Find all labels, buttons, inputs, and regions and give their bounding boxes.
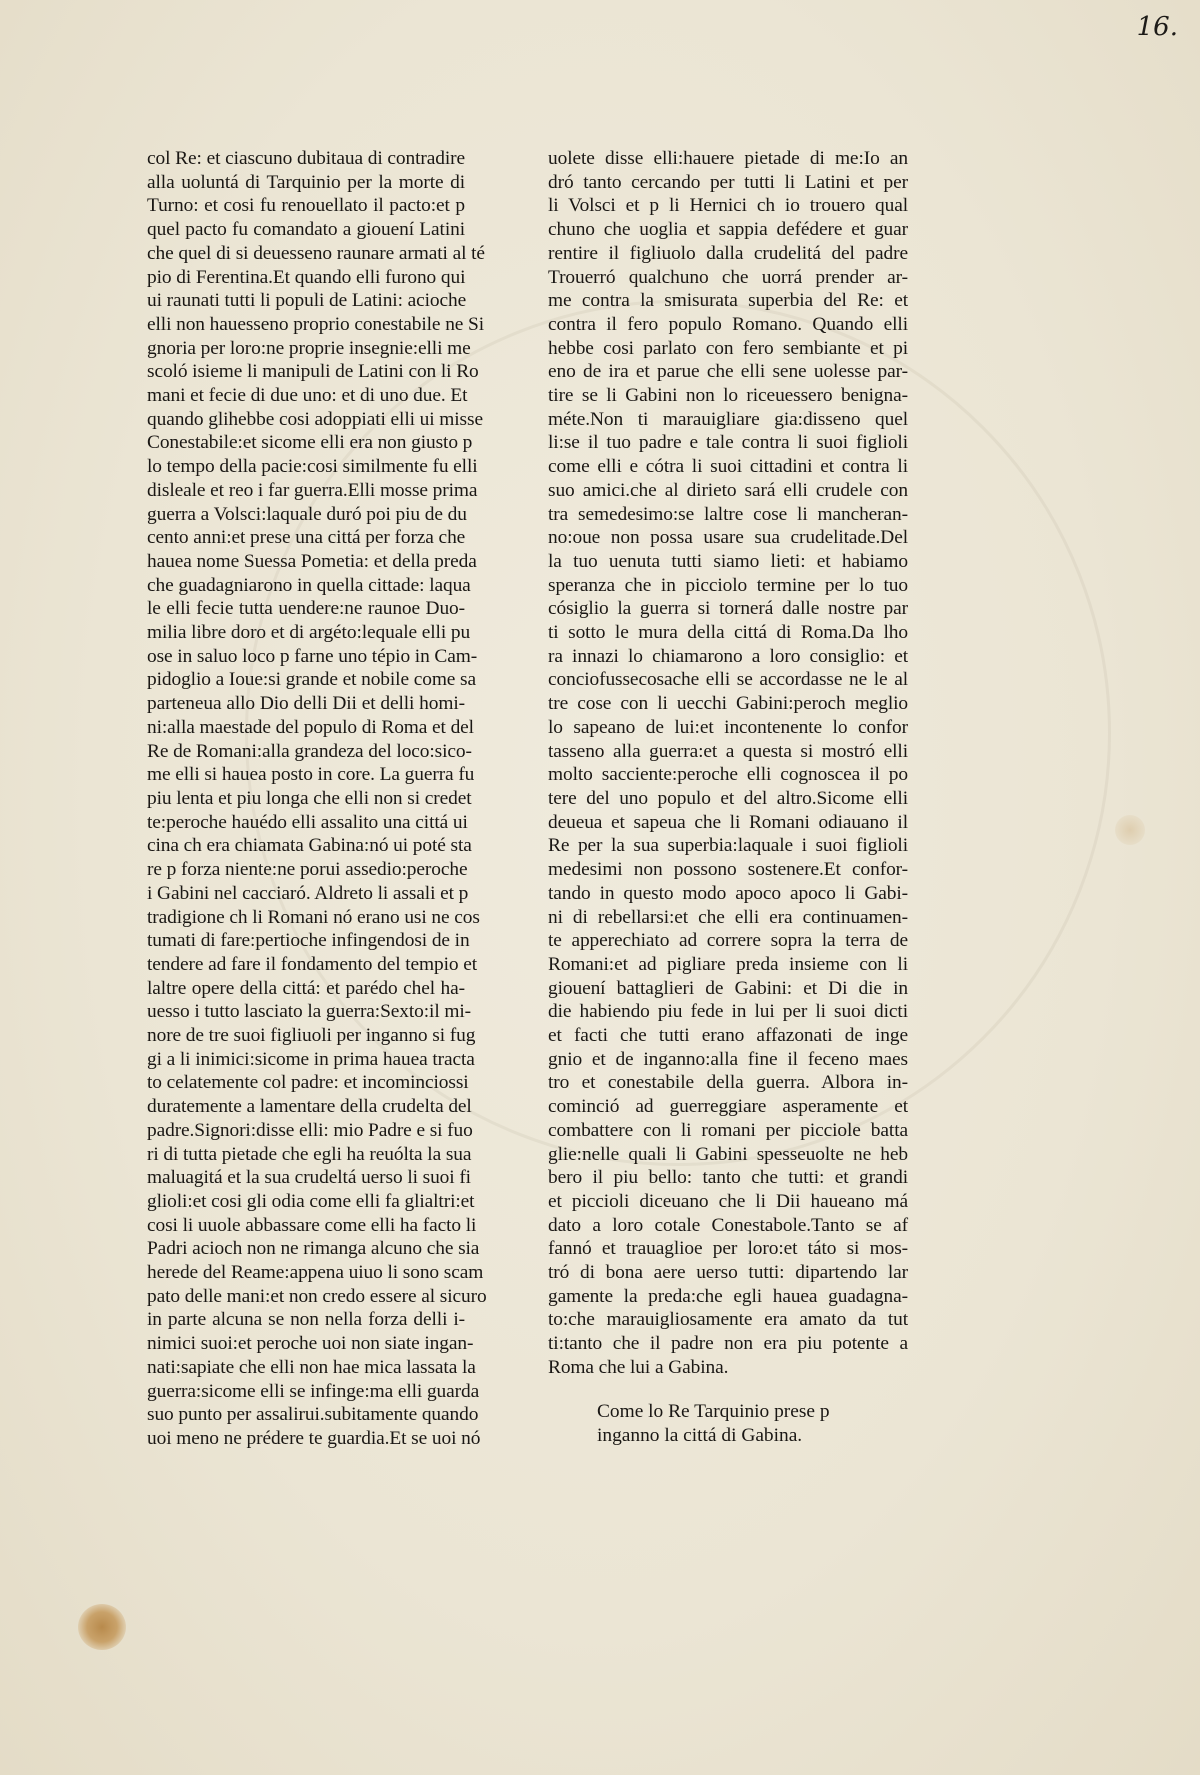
text-line: chuno che uoglia et sappia defédere et g… xyxy=(548,218,908,242)
text-line: nati:sapiate che elli non hae mica lassa… xyxy=(147,1356,465,1380)
text-line: mani et fecie di due uno: et di uno due.… xyxy=(147,384,465,408)
text-line: che guadagniarono in quella cittade: laq… xyxy=(147,574,465,598)
text-line: tasseno alla guerra:et a questa si mostr… xyxy=(548,740,908,764)
text-line: li:se il tuo padre e tale contra li suoi… xyxy=(548,431,908,455)
text-column-right: uolete disse elli:hauere pietade di me:I… xyxy=(548,147,908,1380)
text-line: come elli e cótra li suoi cittadini et c… xyxy=(548,455,908,479)
text-line: cosi li uuole abbassare come elli ha fac… xyxy=(147,1214,465,1238)
text-line: in parte alcuna se non nella forza delli… xyxy=(147,1308,465,1332)
folio-number: 16. xyxy=(1137,12,1178,42)
text-line: pio di Ferentina.Et quando elli furono q… xyxy=(147,266,465,290)
text-line: cósiglio la guerra si tornerá dalle nost… xyxy=(548,597,908,621)
text-line: alla uoluntá di Tarquinio per la morte d… xyxy=(147,171,465,195)
text-line: hebbe cosi parlato con fero sembiante et… xyxy=(548,337,908,361)
text-line: tradigione ch li Romani nó erano usi ne … xyxy=(147,906,465,930)
text-line: tumati di fare:pertioche infingendosi de… xyxy=(147,929,465,953)
text-line: rentire il figliuolo dalla crudelitá del… xyxy=(548,242,908,266)
text-line: suo punto per assalirui.subitamente quan… xyxy=(147,1403,465,1427)
text-line: speranza che in picciolo termine per lo … xyxy=(548,574,908,598)
text-line: scoló isieme li manipuli de Latini con l… xyxy=(147,360,465,384)
text-line: te apperechiato ad correre sopra la terr… xyxy=(548,929,908,953)
text-line: ti sotto le mura della cittá di Roma.Da … xyxy=(548,621,908,645)
text-line: elli non hauesseno proprio conestabile n… xyxy=(147,313,465,337)
text-line: me contra la smisurata superbia del Re: … xyxy=(548,289,908,313)
text-line: uesso i tutto lasciato la guerra:Sexto:i… xyxy=(147,1000,465,1024)
text-line: et piccioli diceuano che li Dii haueano … xyxy=(548,1190,908,1214)
text-line: maluagitá et la sua crudeltá uerso li su… xyxy=(147,1166,465,1190)
text-line: ui raunati tutti li populi de Latini: ac… xyxy=(147,289,465,313)
text-line: padre.Signori:disse elli: mio Padre e si… xyxy=(147,1119,465,1143)
text-line: duratemente a lamentare della crudelta d… xyxy=(147,1095,465,1119)
text-line: Roma che lui a Gabina. xyxy=(548,1356,908,1380)
text-line: conciofussecosache elli se accordasse ne… xyxy=(548,668,908,692)
text-line: Re per la sua superbia:laquale i suoi fi… xyxy=(548,834,908,858)
text-line: ri di tutta pietade che egli ha reuólta … xyxy=(147,1143,465,1167)
text-line: ti:tanto che il padre non era piu potent… xyxy=(548,1332,908,1356)
text-line: che quel di si deuesseno raunare armati … xyxy=(147,242,465,266)
text-line: milia libre doro et di argéto:lequale el… xyxy=(147,621,465,645)
text-line: gamente la preda:che egli hauea guadagna… xyxy=(548,1285,908,1309)
text-line: herede del Reame:appena uiuo li sono sca… xyxy=(147,1261,465,1285)
text-line: et facti che tutti erano affazonati de i… xyxy=(548,1024,908,1048)
text-line: lo tempo della pacie:cosi similmente fu … xyxy=(147,455,465,479)
text-line: suo amici.che al dirieto sará elli crude… xyxy=(548,479,908,503)
text-line: Turno: et cosi fu renouellato il pacto:e… xyxy=(147,194,465,218)
text-line: pato delle mani:et non credo essere al s… xyxy=(147,1285,465,1309)
text-line: glie:nelle quali li Gabini spesseuolte n… xyxy=(548,1143,908,1167)
text-line: pidoglio a Ioue:si grande et nobile come… xyxy=(147,668,465,692)
text-line: Conestabile:et sicome elli era non giust… xyxy=(147,431,465,455)
text-line: tró di bona aere uerso tutti: dipartendo… xyxy=(548,1261,908,1285)
text-line: tro et conestabile della guerra. Albora … xyxy=(548,1071,908,1095)
text-line: laltre opere della cittá: et parédo chel… xyxy=(147,977,465,1001)
text-line: méte.Non ti marauigliare gia:disseno que… xyxy=(548,408,908,432)
text-line: parteneua allo Dio delli Dii et delli ho… xyxy=(147,692,465,716)
text-line: tre cose con li uecchi Gabini:peroch meg… xyxy=(548,692,908,716)
text-line: tendere ad fare il fondamento del tempio… xyxy=(147,953,465,977)
text-line: molto sacciente:peroche elli cognoscea i… xyxy=(548,763,908,787)
text-line: uoi meno ne prédere te guardia.Et se uoi… xyxy=(147,1427,465,1451)
text-line: Padri acioch non ne rimanga alcuno che s… xyxy=(147,1237,465,1261)
text-line: guerra a Volsci:laquale duró poi piu de … xyxy=(147,503,465,527)
text-line: gi a li inimici:sicome in prima hauea tr… xyxy=(147,1048,465,1072)
text-line: tere del uno populo et del altro.Sicome … xyxy=(548,787,908,811)
text-line: gnoria per loro:ne proprie insegnie:elli… xyxy=(147,337,465,361)
text-line: tra semedesimo:se laltre cose li mancher… xyxy=(548,503,908,527)
foxing-stain-faint xyxy=(1115,815,1145,845)
text-line: dró tanto cercando per tutti li Latini e… xyxy=(548,171,908,195)
text-column-left: col Re: et ciascuno dubitaua di contradi… xyxy=(147,147,465,1451)
text-line: ra innazi lo chiamarono a loro consiglio… xyxy=(548,645,908,669)
text-line: ni di rebellarsi:et che elli era continu… xyxy=(548,906,908,930)
text-line: li Volsci et p li Hernici ch io trouero … xyxy=(548,194,908,218)
text-line: cominció ad guerreggiare asperamente et xyxy=(548,1095,908,1119)
text-line: to:che marauigliosamente era amato da tu… xyxy=(548,1308,908,1332)
text-line: bero il piu bello: tanto che tutti: et g… xyxy=(548,1166,908,1190)
text-line: combattere con li romani per picciole ba… xyxy=(548,1119,908,1143)
foxing-stain xyxy=(78,1604,126,1650)
text-line: dato a loro cotale Conestabole.Tanto se … xyxy=(548,1214,908,1238)
text-line: die habiendo piu fede in lui per li suoi… xyxy=(548,1000,908,1024)
text-line: cina ch era chiamata Gabina:nó ui poté s… xyxy=(147,834,465,858)
text-line: medesimi non possono sostenere.Et confor… xyxy=(548,858,908,882)
text-line: re p forza niente:ne porui assedio:peroc… xyxy=(147,858,465,882)
text-line: disleale et reo i far guerra.Elli mosse … xyxy=(147,479,465,503)
text-line: to celatemente col padre: et incomincios… xyxy=(147,1071,465,1095)
text-line: col Re: et ciascuno dubitaua di contradi… xyxy=(147,147,465,171)
text-line: gnio et de inganno:alla fine il feceno m… xyxy=(548,1048,908,1072)
text-line: le elli fecie tutta uendere:ne raunoe Du… xyxy=(147,597,465,621)
text-line: deueua et sapeua che li Romani odiauano … xyxy=(548,811,908,835)
text-line: quel pacto fu comandato a giouení Latini xyxy=(147,218,465,242)
chapter-heading: Come lo Re Tarquinio prese pinganno la c… xyxy=(597,1400,830,1448)
text-line: Come lo Re Tarquinio prese p xyxy=(597,1400,830,1424)
text-line: tire se li Gabini non lo riceuessero ben… xyxy=(548,384,908,408)
text-line: fannó et trauaglioe per loro:et táto si … xyxy=(548,1237,908,1261)
text-line: uolete disse elli:hauere pietade di me:I… xyxy=(548,147,908,171)
text-line: piu lenta et piu longa che elli non si c… xyxy=(147,787,465,811)
text-line: guerra:sicome elli se infinge:ma elli gu… xyxy=(147,1380,465,1404)
text-line: nimici suoi:et peroche uoi non siate ing… xyxy=(147,1332,465,1356)
text-line: ose in saluo loco p farne uno tépio in C… xyxy=(147,645,465,669)
manuscript-page: 16. col Re: et ciascuno dubitaua di cont… xyxy=(0,0,1200,1775)
text-line: la tuo uenuta tutti siamo lieti: et habi… xyxy=(548,550,908,574)
text-line: te:peroche hauédo elli assalito una citt… xyxy=(147,811,465,835)
text-line: hauea nome Suessa Pometia: et della pred… xyxy=(147,550,465,574)
text-line: giouení battaglieri de Gabini: et Di die… xyxy=(548,977,908,1001)
text-line: lo sapeano de lui:et incontenente lo con… xyxy=(548,716,908,740)
text-line: quando glihebbe cosi adoppiati elli ui m… xyxy=(147,408,465,432)
text-line: Romani:et ad pigliare preda insieme con … xyxy=(548,953,908,977)
text-line: i Gabini nel cacciaró. Aldreto li assali… xyxy=(147,882,465,906)
text-line: tando in questo modo apoco apoco li Gabi… xyxy=(548,882,908,906)
text-line: Trouerró qualchuno che uorrá prender ar- xyxy=(548,266,908,290)
text-line: nore de tre suoi figliuoli per inganno s… xyxy=(147,1024,465,1048)
text-line: glioli:et cosi gli odia come elli fa gli… xyxy=(147,1190,465,1214)
text-line: no:oue non possa usare sua crudelitade.D… xyxy=(548,526,908,550)
text-line: me elli si hauea posto in core. La guerr… xyxy=(147,763,465,787)
text-line: Re de Romani:alla grandeza del loco:sico… xyxy=(147,740,465,764)
text-line: eno de ira et parue che elli sene uoless… xyxy=(548,360,908,384)
text-line: inganno la cittá di Gabina. xyxy=(597,1424,830,1448)
text-line: cento anni:et prese una cittá per forza … xyxy=(147,526,465,550)
text-line: contra il fero populo Romano. Quando ell… xyxy=(548,313,908,337)
text-line: ni:alla maestade del populo di Roma et d… xyxy=(147,716,465,740)
